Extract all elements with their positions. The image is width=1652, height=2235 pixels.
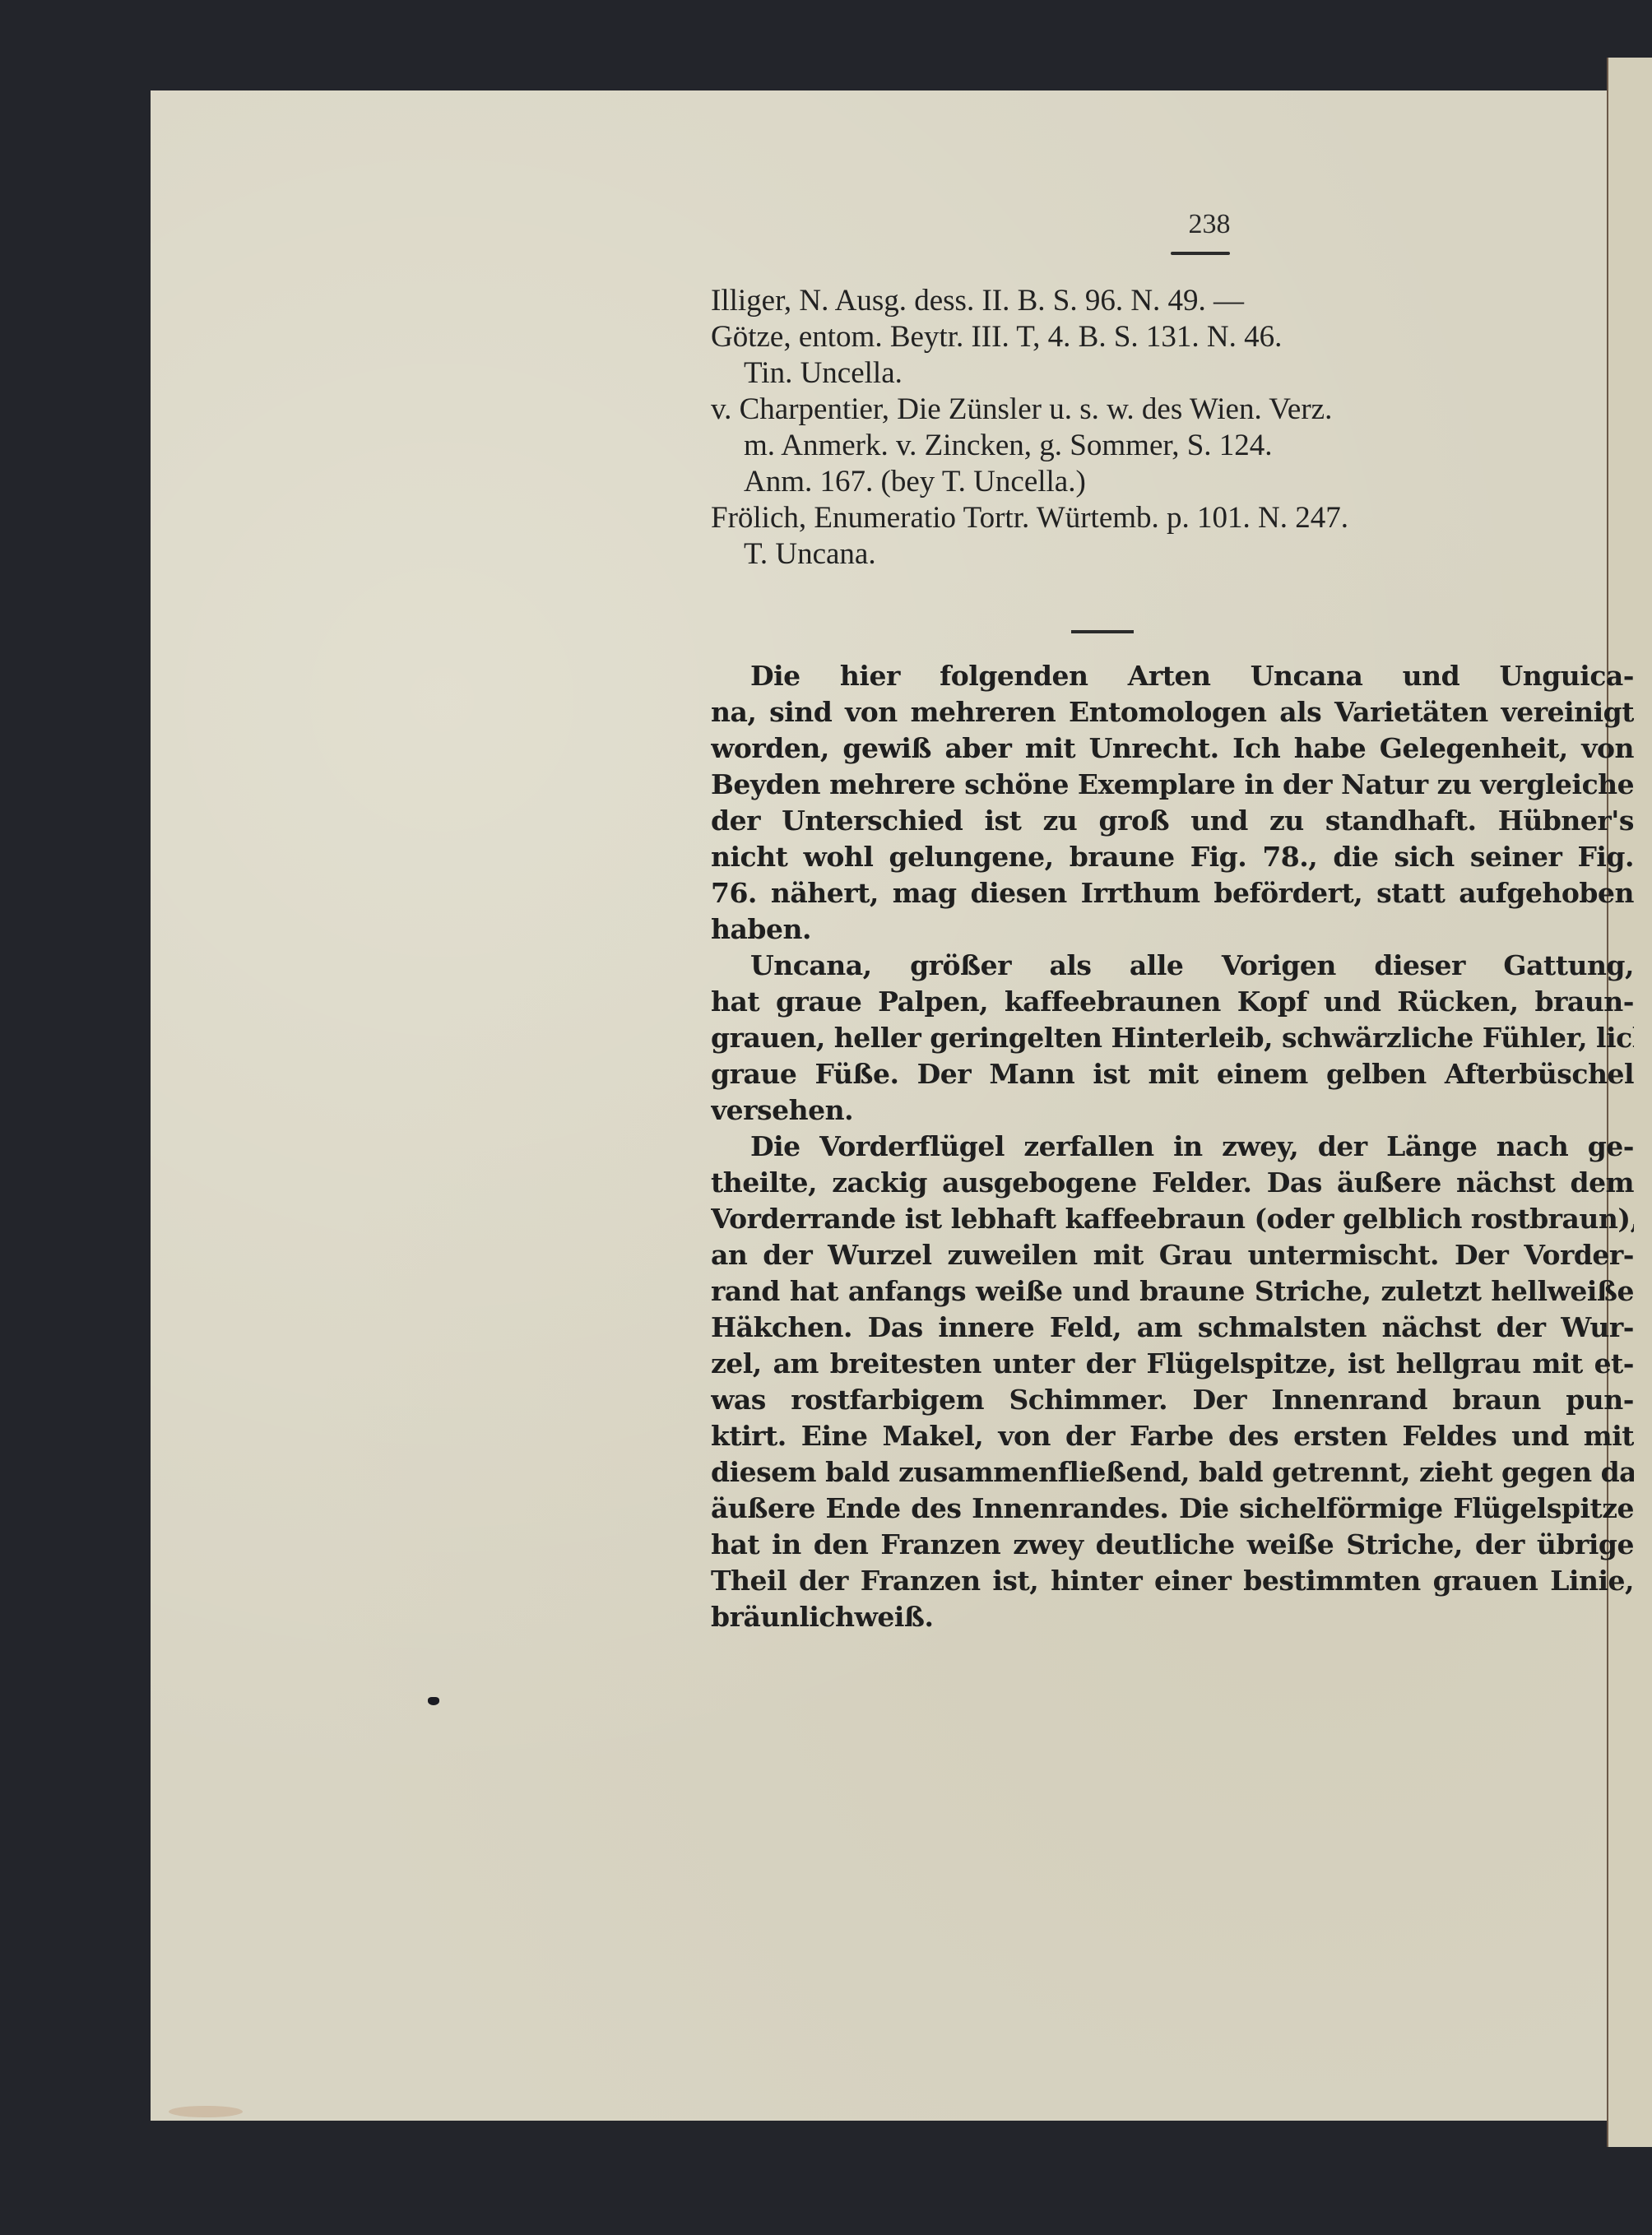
reference-line: m. Anmerk. v. Zincken, g. Sommer, S. 124… <box>711 428 1636 464</box>
paragraph: Die hier folgenden Arten Uncana und Ungu… <box>711 658 1634 948</box>
text-line: haben. <box>711 911 1634 948</box>
page-number: 238 <box>1160 209 1259 240</box>
reference-line: Götze, entom. Beytr. III. T, 4. B. S. 13… <box>711 319 1636 355</box>
text-line: zel, am breitesten unter der Flügelspitz… <box>711 1346 1634 1382</box>
text-line: Uncana, größer als alle Vorigen dieser G… <box>711 948 1634 984</box>
text-line: nicht wohl gelungene, braune Fig. 78., d… <box>711 839 1634 875</box>
paragraph: Die Vorderflügel zerfallen in zwey, der … <box>711 1129 1634 1635</box>
text-line: Vorderrande ist lebhaft kaffeebraun (ode… <box>711 1201 1634 1237</box>
text-line: Die Vorderflügel zerfallen in zwey, der … <box>711 1129 1634 1165</box>
section-divider <box>1071 630 1134 633</box>
reference-line: Frölich, Enumeratio Tortr. Würtemb. p. 1… <box>711 500 1636 536</box>
text-line: versehen. <box>711 1092 1634 1129</box>
text-line: worden, gewiß aber mit Unrecht. Ich habe… <box>711 730 1634 767</box>
text-line: 76. nähert, mag diesen Irrthum befördert… <box>711 875 1634 911</box>
ink-spot <box>428 1697 439 1705</box>
text-line: Die hier folgenden Arten Uncana und Ungu… <box>711 658 1634 694</box>
reference-line: Illiger, N. Ausg. dess. II. B. S. 96. N.… <box>711 283 1636 319</box>
text-line: Beyden mehrere schöne Exemplare in der N… <box>711 767 1634 803</box>
body-text: Die hier folgenden Arten Uncana und Ungu… <box>711 658 1634 1635</box>
text-line: Theil der Franzen ist, hinter einer best… <box>711 1563 1634 1599</box>
text-line: der Unterschied ist zu groß und zu stand… <box>711 803 1634 839</box>
text-line: an der Wurzel zuweilen mit Grau untermis… <box>711 1237 1634 1273</box>
text-line: diesem bald zusammenfließend, bald getre… <box>711 1454 1634 1491</box>
page-number-rule <box>1171 252 1230 255</box>
paragraph: Uncana, größer als alle Vorigen dieser G… <box>711 948 1634 1129</box>
text-line: rand hat anfangs weiße und braune Strich… <box>711 1273 1634 1310</box>
text-line: graue Füße. Der Mann ist mit einem gelbe… <box>711 1056 1634 1092</box>
reference-line: v. Charpentier, Die Zünsler u. s. w. des… <box>711 392 1636 428</box>
text-line: hat in den Franzen zwey deutliche weiße … <box>711 1527 1634 1563</box>
text-line: ktirt. Eine Makel, von der Farbe des ers… <box>711 1418 1634 1454</box>
text-line: na, sind von mehreren Entomologen als Va… <box>711 694 1634 730</box>
reference-line: Anm. 167. (bey T. Uncella.) <box>711 464 1636 500</box>
bibliography-references: Illiger, N. Ausg. dess. II. B. S. 96. N.… <box>711 283 1636 573</box>
reference-line: T. Uncana. <box>711 536 1636 573</box>
text-line: was rostfarbigem Schimmer. Der Innenrand… <box>711 1382 1634 1418</box>
reference-line: Tin. Uncella. <box>711 355 1636 392</box>
text-line: hat graue Palpen, kaffeebraunen Kopf und… <box>711 984 1634 1020</box>
text-line: theilte, zackig ausgebogene Felder. Das … <box>711 1165 1634 1201</box>
text-line: grauen, heller geringelten Hinterleib, s… <box>711 1020 1634 1056</box>
text-line: Häkchen. Das innere Feld, am schmalsten … <box>711 1310 1634 1346</box>
text-line: bräunlichweiß. <box>711 1599 1634 1635</box>
paper-stain <box>169 2106 243 2117</box>
text-line: äußere Ende des Innenrandes. Die sichelf… <box>711 1491 1634 1527</box>
